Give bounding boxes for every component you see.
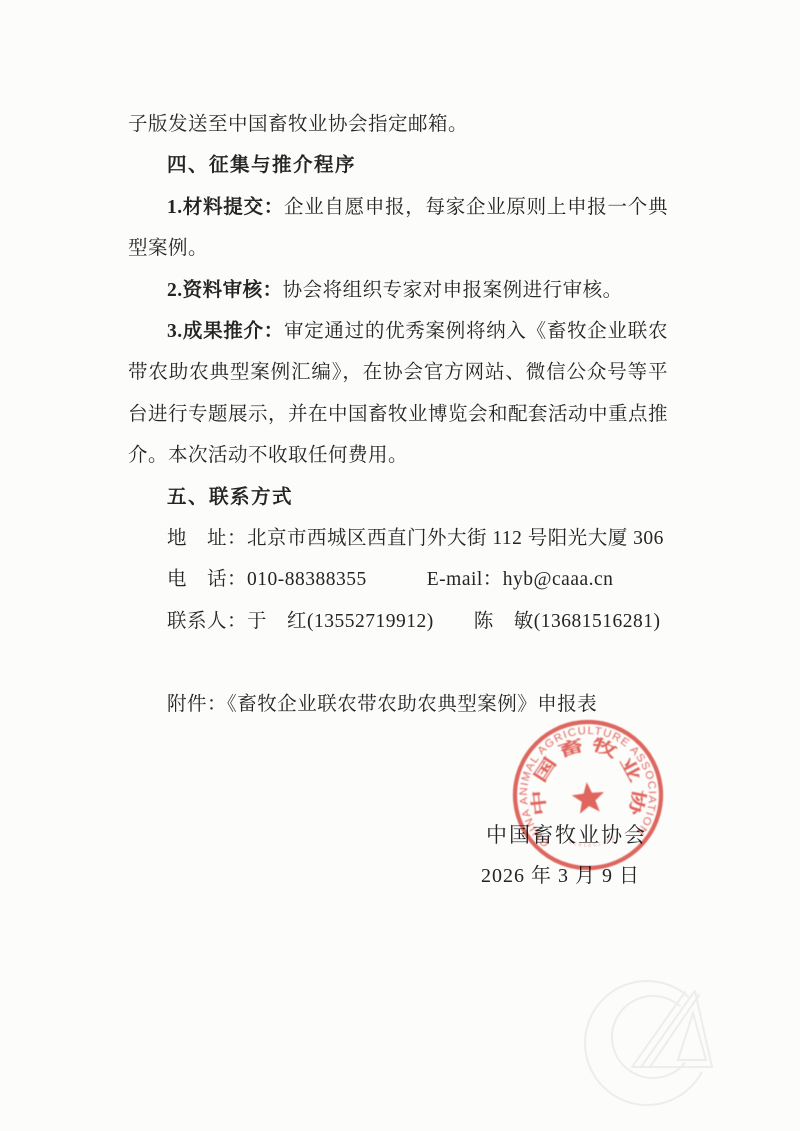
signature-org: 中国畜牧业协会 (128, 815, 668, 856)
paragraph-line: 3.成果推介：审定通过的优秀案例将纳入《畜牧企业联农 (128, 311, 668, 352)
runin-label: 1.材料提交： (167, 197, 284, 218)
contact-address: 地 址：北京市西城区西直门外大街 112 号阳光大厦 306 (128, 518, 668, 559)
blank-line (128, 766, 668, 807)
contact-phone-email: 电 话：010-88388355 E-mail：hyb@caaa.cn (128, 559, 668, 600)
blank-line (128, 642, 668, 683)
watermark-gap (647, 965, 743, 1093)
watermark-slash-1 (632, 992, 685, 1067)
runin-label: 2.资料审核： (167, 280, 283, 301)
paragraph-text: 企业自愿申报，每家企业原则上申报一个典 (284, 197, 668, 218)
section-heading-4: 四、征集与推介程序 (128, 145, 668, 186)
body-line: 型案例。 (128, 228, 668, 269)
body-line: 子版发送至中国畜牧业协会指定邮箱。 (128, 104, 668, 145)
body-line: 台进行专题展示，并在中国畜牧业博览会和配套活动中重点推 (128, 394, 668, 435)
document-body: 子版发送至中国畜牧业协会指定邮箱。 四、征集与推介程序 1.材料提交：企业自愿申… (128, 104, 668, 898)
body-line: 介。本次活动不收取任何费用。 (128, 435, 668, 476)
watermark-slash-2 (641, 992, 694, 1067)
blank-line (128, 725, 668, 766)
section-heading-5: 五、联系方式 (128, 477, 668, 518)
contact-persons: 联系人：于 红(13552719912) 陈 敏(13681516281) (128, 601, 668, 642)
document-page: 子版发送至中国畜牧业协会指定邮箱。 四、征集与推介程序 1.材料提交：企业自愿申… (0, 0, 800, 1131)
attachment-line: 附件：《畜牧企业联农带农助农典型案例》申报表 (128, 684, 668, 725)
caaa-logo-watermark (575, 965, 780, 1125)
paragraph-line: 1.材料提交：企业自愿申报，每家企业原则上申报一个典 (128, 187, 668, 228)
paragraph-text: 审定通过的优秀案例将纳入《畜牧企业联农 (284, 321, 668, 342)
watermark-slash-3 (650, 995, 699, 1067)
watermark-inner-circle (612, 996, 694, 1078)
paragraph-line: 2.资料审核：协会将组织专家对申报案例进行审核。 (128, 270, 668, 311)
watermark-a-right-leg (695, 991, 712, 1067)
signature-date: 2026 年 3 月 9 日 (128, 856, 668, 897)
paragraph-text: 协会将组织专家对申报案例进行审核。 (283, 280, 623, 301)
watermark-a-counter (678, 1013, 706, 1060)
runin-label: 3.成果推介： (167, 321, 284, 342)
body-line: 带农助农典型案例汇编》，在协会官方网站、微信公众号等平 (128, 352, 668, 393)
watermark-outer-circle (585, 981, 709, 1105)
